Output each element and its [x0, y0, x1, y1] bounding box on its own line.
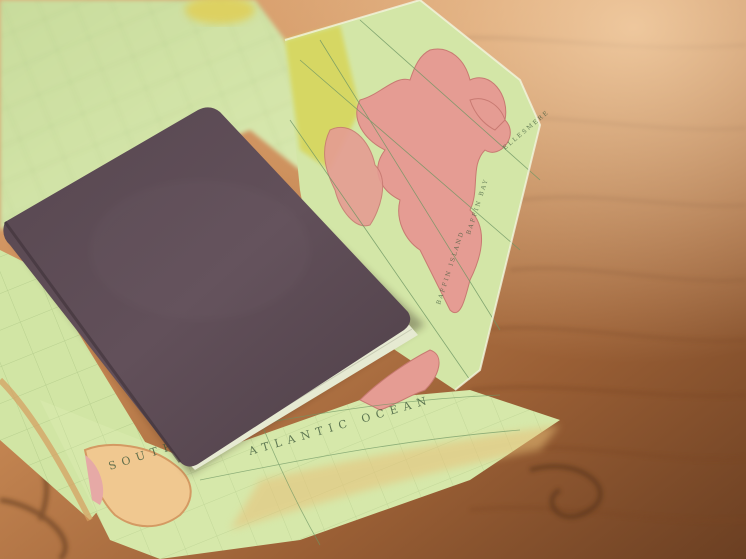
- photo-illustration: SOUTH AMERICA ATLANTIC OCEAN BAFFIN BAY …: [0, 0, 746, 559]
- photo-scene: SOUTH AMERICA ATLANTIC OCEAN BAFFIN BAY …: [0, 0, 746, 559]
